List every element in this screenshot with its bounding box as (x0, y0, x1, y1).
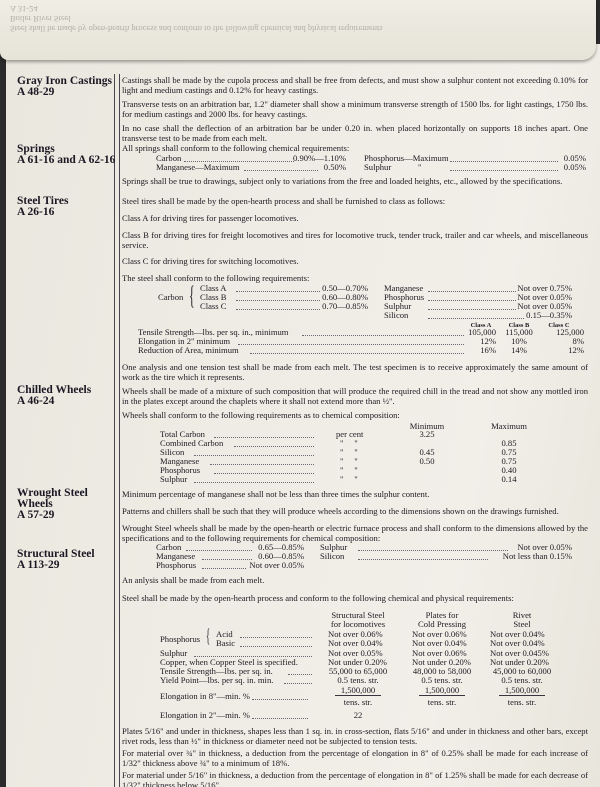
heading-structural-steel: Structural Steel A 113-29 (17, 549, 95, 571)
paragraph: Wheels shall conform to the following re… (122, 411, 588, 421)
chem-name: Silicon (320, 552, 344, 562)
paragraph: Steel shall be made by the open-hearth p… (122, 594, 588, 604)
leader-dots (358, 552, 488, 560)
paragraph: Minimum percentage of manganese shall no… (122, 490, 588, 500)
brace: { (206, 626, 210, 648)
leader-dots (194, 475, 314, 483)
row-label: Yield Point—lbs. per sq. in. min. (160, 676, 273, 686)
chem-value: 0.15—0.35% (512, 311, 572, 321)
leader-dots (236, 284, 320, 292)
carbon-class: Class C (200, 302, 227, 312)
fraction-denominator: tens. str. (406, 698, 478, 708)
leader-dots (240, 630, 312, 638)
leader-dots (252, 692, 308, 700)
bleed-heading: Boiler Rivet Steel (10, 14, 580, 24)
fraction-denominator: tens. str. (322, 698, 394, 708)
leader-dots (214, 430, 314, 438)
min-value: 3.25 (402, 430, 452, 440)
elongation-2-value: 22 (322, 711, 394, 721)
leader-dots (234, 439, 314, 447)
leader-dots (238, 337, 464, 345)
carbon-value: 0.70—0.85% (316, 302, 368, 312)
leader-dots (252, 711, 308, 719)
paragraph: One analysis and one tension test shall … (122, 363, 588, 382)
paragraph: All springs shall conform to the followi… (122, 144, 588, 154)
paragraph: Plates 5/16" and under in thickness, sha… (122, 727, 588, 746)
leader-dots (194, 448, 314, 456)
chem-value: 0.05% (552, 163, 586, 173)
section-code: A 48-29 (17, 87, 112, 98)
double-vertical-rule (114, 74, 120, 787)
leader-dots (284, 676, 312, 684)
class-a-value: 16% (456, 346, 496, 356)
elongation-8-label: Elongation in 8"—min. % (160, 692, 250, 702)
fraction-numerator: 1,500,000 (499, 685, 545, 696)
chem-value: Not over 0.05% (242, 561, 304, 571)
content-column: Castings shall be made by the cupola pro… (122, 44, 588, 787)
leader-dots (202, 552, 252, 560)
leader-dots (288, 667, 312, 675)
leader-dots (302, 328, 464, 336)
previous-page-bleed: Steel shall be made by open-hearth proce… (0, 0, 596, 60)
section-code: A 26-16 (17, 207, 68, 218)
bleed-code: A 31-24 (10, 4, 580, 14)
leader-dots (210, 457, 314, 465)
elongation-8-fraction-structural: 1,500,000 (322, 686, 394, 696)
row-label: Basic (216, 639, 235, 649)
chem-value: 0.50% (312, 163, 346, 173)
section-code: A 46-24 (17, 396, 91, 407)
paragraph: Class A for driving tires for passenger … (122, 214, 588, 224)
column-header-maximum: Maximum (484, 422, 534, 432)
paragraph: For material under 5/16" in thickness, a… (122, 771, 588, 787)
bleed-paragraph: Steel shall be made by open-hearth proce… (10, 24, 580, 34)
chem-value: Not less than 0.15% (484, 552, 572, 562)
paragraph: Wrought Steel wheels shall be made by th… (122, 524, 588, 543)
max-value: 0.14 (484, 475, 534, 485)
heading-wrought-steel-wheels: Wrought Steel Wheels A 57-29 (17, 488, 88, 521)
paragraph: An anlysis shall be made from each melt. (122, 576, 588, 586)
leader-dots (450, 154, 558, 162)
leader-dots (186, 543, 252, 551)
paragraph: For material over ¾" in thickness, a ded… (122, 749, 588, 768)
section-code: A 61-16 and A 62-16 (17, 155, 115, 166)
fraction-numerator: 1,500,000 (419, 685, 465, 696)
paragraph: Wheels shall be made of a mixture of suc… (122, 387, 588, 406)
leader-dots (250, 346, 464, 354)
chem-name: Sulphur (364, 163, 391, 173)
leader-dots (428, 284, 516, 292)
elongation-2-label: Elongation in 2"—min. % (160, 711, 250, 721)
elongation-8-fraction-rivet: 1,500,000 (486, 686, 558, 696)
paragraph: In no case shall the deflection of an ar… (122, 124, 588, 143)
bleed-through-text: Steel shall be made by open-hearth proce… (10, 4, 580, 34)
paragraph: Steel tires shall be made by the open-he… (122, 197, 588, 207)
heading-gray-iron-castings: Gray Iron Castings A 48-29 (17, 76, 112, 98)
leader-dots (450, 163, 558, 171)
ditto-unit: " " (340, 475, 358, 485)
paragraph: Patterns and chillers shall be such that… (122, 507, 588, 517)
section-code: A 113-29 (17, 560, 95, 571)
leader-dots (194, 649, 312, 657)
paragraph: Class B for driving tires for freight lo… (122, 231, 588, 250)
chem-name: Manganese—Maximum (156, 163, 240, 173)
heading-springs: Springs A 61-16 and A 62-16 (17, 144, 115, 166)
leader-dots (236, 293, 320, 301)
chem-name: Silicon (384, 311, 408, 321)
chem-name: Phosphorus (156, 561, 196, 571)
elongation-8-fraction-plates: 1,500,000 (406, 686, 478, 696)
leader-dots (184, 154, 294, 162)
brace: { (189, 281, 195, 311)
property-name: Reduction of Area, minimum (138, 346, 239, 356)
document-page: Gray Iron Castings A 48-29 Springs A 61-… (6, 44, 600, 787)
carbon-label: Carbon (158, 293, 183, 303)
paragraph: Castings shall be made by the cupola pro… (122, 76, 588, 95)
heading-steel-tires: Steel Tires A 26-16 (17, 196, 68, 218)
paragraph: Class C for driving tires for switching … (122, 257, 588, 267)
leader-dots (202, 561, 246, 569)
paragraph: Transverse tests on an arbitration bar, … (122, 100, 588, 119)
section-code: A 57-29 (17, 510, 88, 521)
class-c-value: 12% (534, 346, 584, 356)
fraction-numerator: 1,500,000 (335, 685, 381, 696)
leader-dots (428, 311, 524, 319)
fraction-denominator: tens. str. (486, 698, 558, 708)
leader-dots (236, 302, 320, 310)
phosphorus-label: Phosphorus (160, 635, 200, 645)
leader-dots (428, 293, 516, 301)
paragraph: Springs shall be true to drawings, subje… (122, 177, 588, 187)
element-name: Sulphur (160, 475, 187, 485)
leader-dots (240, 639, 312, 647)
ditto-mark: " (418, 163, 422, 173)
heading-chilled-wheels: Chilled Wheels A 46-24 (17, 385, 91, 407)
leader-dots (244, 163, 318, 171)
leader-dots (214, 466, 314, 474)
min-value: 0.50 (402, 457, 452, 467)
leader-dots (358, 543, 508, 551)
leader-dots (428, 302, 516, 310)
